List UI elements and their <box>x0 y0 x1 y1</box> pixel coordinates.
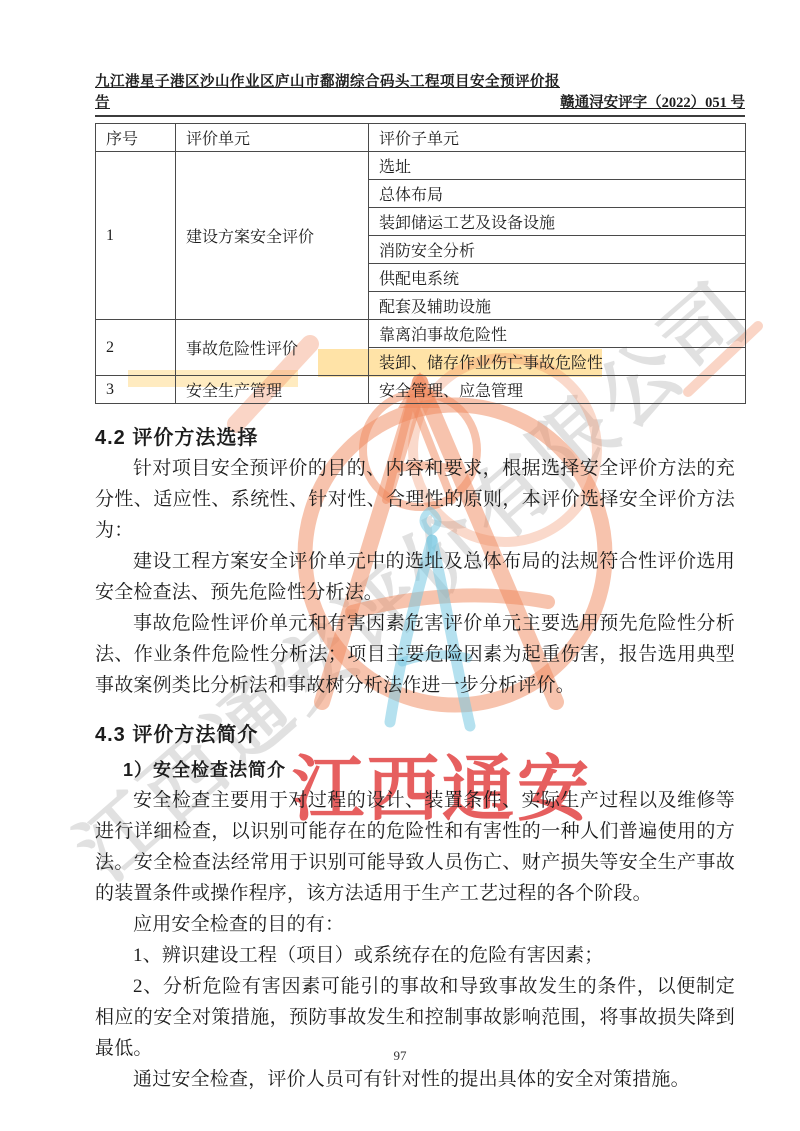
table-row: 2事故危险性评价靠离泊事故危险性 <box>96 320 746 348</box>
cell-evaluation-subunit: 装卸、储存作业伤亡事故危险性 <box>369 348 746 376</box>
cell-serial-number: 3 <box>96 376 176 404</box>
cell-evaluation-subunit: 总体布局 <box>369 180 746 208</box>
cell-evaluation-subunit: 装卸储运工艺及设备设施 <box>369 208 746 236</box>
paragraph: 安全检查主要用于对过程的设计、装置条件、实际生产过程以及维修等进行详细检查，以识… <box>95 785 735 909</box>
cell-evaluation-subunit: 配套及辅助设施 <box>369 292 746 320</box>
document-page: 江西通安评价有限公司 <box>0 0 800 1131</box>
cell-serial-number: 2 <box>96 320 176 376</box>
cell-evaluation-subunit: 选址 <box>369 152 746 180</box>
section-4-3-title: 4.3 评价方法简介 <box>95 718 742 747</box>
table-header-cell: 序号 <box>96 124 176 152</box>
cell-evaluation-subunit: 靠离泊事故危险性 <box>369 320 746 348</box>
header-title: 九江港星子港区沙山作业区庐山市鄱湖综合码头工程项目安全预评价报告 <box>95 70 560 112</box>
cell-evaluation-unit: 事故危险性评价 <box>176 320 369 376</box>
cell-evaluation-subunit: 安全管理、应急管理 <box>369 376 746 404</box>
evaluation-units-table: 序号评价单元评价子单元1建设方案安全评价选址总体布局装卸储运工艺及设备设施消防安… <box>95 123 746 404</box>
paragraph: 2、分析危险有害因素可能引的事故和导致事故发生的条件，以便制定相应的安全对策措施… <box>95 971 735 1064</box>
section-4-3-subheading: 1）安全检查法简介 <box>123 756 742 782</box>
page-content: 九江港星子港区沙山作业区庐山市鄱湖综合码头工程项目安全预评价报告 赣通浔安评字（… <box>0 0 800 1095</box>
cell-evaluation-unit: 建设方案安全评价 <box>176 152 369 320</box>
paragraph: 事故危险性评价单元和有害因素危害评价单元主要选用预先危险性分析法、作业条件危险性… <box>95 608 735 701</box>
cell-evaluation-subunit: 供配电系统 <box>369 264 746 292</box>
paragraph: 针对项目安全预评价的目的、内容和要求，根据选择安全评价方法的充分性、适应性、系统… <box>95 453 735 546</box>
paragraph: 通过安全检查，评价人员可有针对性的提出具体的安全对策措施。 <box>95 1064 735 1095</box>
cell-evaluation-unit: 安全生产管理 <box>176 376 369 404</box>
paragraph: 应用安全检查的目的有： <box>95 909 735 940</box>
header-doc-number: 赣通浔安评字（2022）051 号 <box>560 91 745 112</box>
document-header: 九江港星子港区沙山作业区庐山市鄱湖综合码头工程项目安全预评价报告 赣通浔安评字（… <box>95 70 745 117</box>
cell-evaluation-subunit: 消防安全分析 <box>369 236 746 264</box>
table-header-row: 序号评价单元评价子单元 <box>96 124 746 152</box>
cell-serial-number: 1 <box>96 152 176 320</box>
table-row: 3安全生产管理安全管理、应急管理 <box>96 376 746 404</box>
section-4-2-title: 4.2 评价方法选择 <box>95 421 742 450</box>
table-header-cell: 评价单元 <box>176 124 369 152</box>
paragraph: 建设工程方案安全评价单元中的选址及总体布局的法规符合性评价选用安全检查法、预先危… <box>95 546 735 608</box>
table-row: 1建设方案安全评价选址 <box>96 152 746 180</box>
table-header-cell: 评价子单元 <box>369 124 746 152</box>
paragraph: 1、辨识建设工程（项目）或系统存在的危险有害因素； <box>95 940 735 971</box>
